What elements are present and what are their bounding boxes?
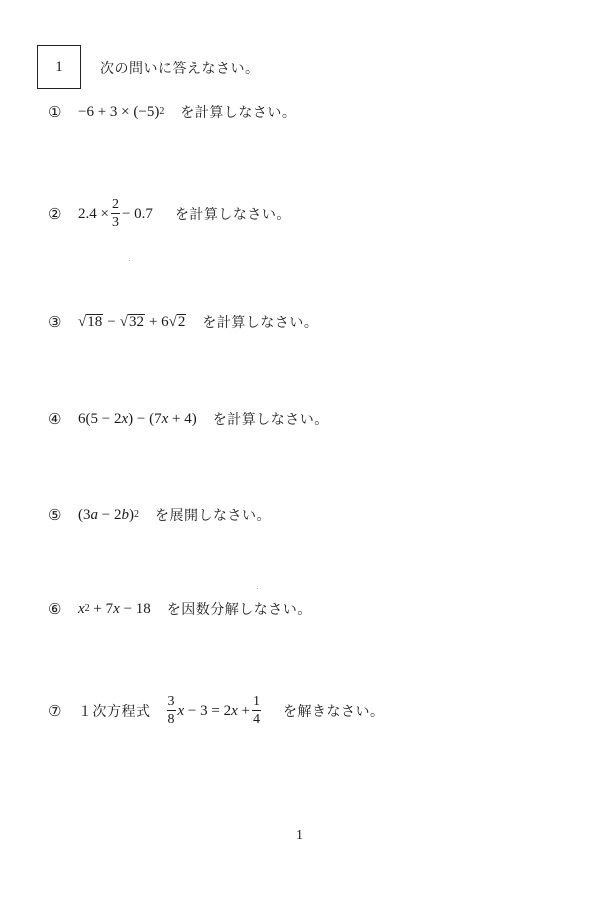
expr-part: + [238, 703, 250, 720]
question-number: ② [48, 205, 78, 223]
question-6: ⑥ x2 + 7x − 18 を因数分解しなさい。 [48, 599, 312, 619]
question-7: ⑦ １次方程式 3 8 x − 3 = 2x + 1 4 を解きなさい。 [48, 695, 384, 727]
question-number: ⑤ [48, 506, 78, 524]
denominator: 4 [253, 711, 260, 727]
question-number: ⑥ [48, 600, 78, 618]
scan-speck [257, 588, 258, 589]
numerator: 2 [111, 198, 120, 214]
instruction: を展開しなさい。 [155, 505, 271, 525]
denominator: 3 [112, 214, 119, 230]
variable: x [162, 411, 169, 428]
expr-part: + 7 [90, 601, 113, 618]
expr-part: − 3 = 2 [184, 703, 231, 720]
radical-sign-icon: √ [120, 314, 128, 331]
question-number: ① [48, 103, 78, 121]
variable: x [78, 601, 85, 618]
numerator: 1 [252, 695, 261, 711]
radicand: 2 [177, 314, 187, 331]
instruction: を計算しなさい。 [180, 102, 296, 122]
expr-part: + 6 [149, 314, 169, 331]
expr-part: 2.4 × [78, 206, 109, 223]
section-title: 次の問いに答えなさい。 [100, 58, 260, 78]
expr-part: (3 [78, 507, 91, 524]
instruction: を因数分解しなさい。 [167, 599, 312, 619]
section-number-box: 1 [37, 45, 81, 89]
expr-part: − 0.7 [122, 206, 153, 223]
question-1: ① −6 + 3 × (−5)2 を計算しなさい。 [48, 102, 296, 122]
variable: a [91, 507, 99, 524]
denominator: 8 [168, 711, 175, 727]
expr-part: − 2 [98, 507, 121, 524]
radicand: 18 [86, 314, 103, 331]
radicand: 32 [128, 314, 145, 331]
variable: x [113, 601, 120, 618]
question-2: ② 2.4 × 2 3 − 0.7 を計算しなさい。 [48, 198, 291, 230]
question-3: ③ √18 − √32 + 6 √2 を計算しなさい。 [48, 312, 318, 332]
instruction: を計算しなさい。 [175, 204, 291, 224]
variable: x [121, 411, 128, 428]
radical-sign-icon: √ [169, 314, 177, 331]
page-number: 1 [296, 828, 303, 844]
math-expression: 3 8 x − 3 = 2x + 1 4 [165, 695, 263, 727]
instruction: を解きなさい。 [283, 701, 385, 721]
question-5: ⑤ (3a − 2b)2 を展開しなさい。 [48, 505, 271, 525]
square-root: √32 [120, 314, 145, 331]
question-prefix: １次方程式 [78, 701, 151, 721]
instruction: を計算しなさい。 [213, 409, 329, 429]
expr-part: ) − (7 [128, 411, 161, 428]
radical-sign-icon: √ [78, 314, 86, 331]
fraction: 2 3 [111, 198, 120, 230]
variable: x [178, 703, 185, 720]
fraction: 3 8 [167, 695, 176, 727]
math-expression: −6 + 3 × (−5)2 [78, 104, 164, 121]
question-number: ④ [48, 410, 78, 428]
math-expression: 6(5 − 2x) − (7x + 4) [78, 411, 197, 428]
question-number: ③ [48, 313, 78, 331]
expr-part: − 18 [120, 601, 151, 618]
expr-part: + 4) [168, 411, 196, 428]
instruction: を計算しなさい。 [202, 312, 318, 332]
section-number: 1 [55, 59, 63, 76]
scan-speck [129, 260, 130, 261]
expr-part: − [107, 314, 115, 331]
variable: b [121, 507, 129, 524]
question-number: ⑦ [48, 702, 78, 720]
math-expression: x2 + 7x − 18 [78, 601, 151, 618]
variable: x [231, 703, 238, 720]
question-4: ④ 6(5 − 2x) − (7x + 4) を計算しなさい。 [48, 409, 329, 429]
expr-part: −6 + 3 × (−5) [78, 104, 159, 121]
math-expression: √18 − √32 + 6 √2 [78, 314, 186, 331]
expr-part: 6(5 − 2 [78, 411, 121, 428]
math-expression: (3a − 2b)2 [78, 507, 139, 524]
square-root: √18 [78, 314, 103, 331]
fraction: 1 4 [252, 695, 261, 727]
square-root: √2 [169, 314, 187, 331]
math-expression: 2.4 × 2 3 − 0.7 [78, 198, 153, 230]
numerator: 3 [167, 695, 176, 711]
